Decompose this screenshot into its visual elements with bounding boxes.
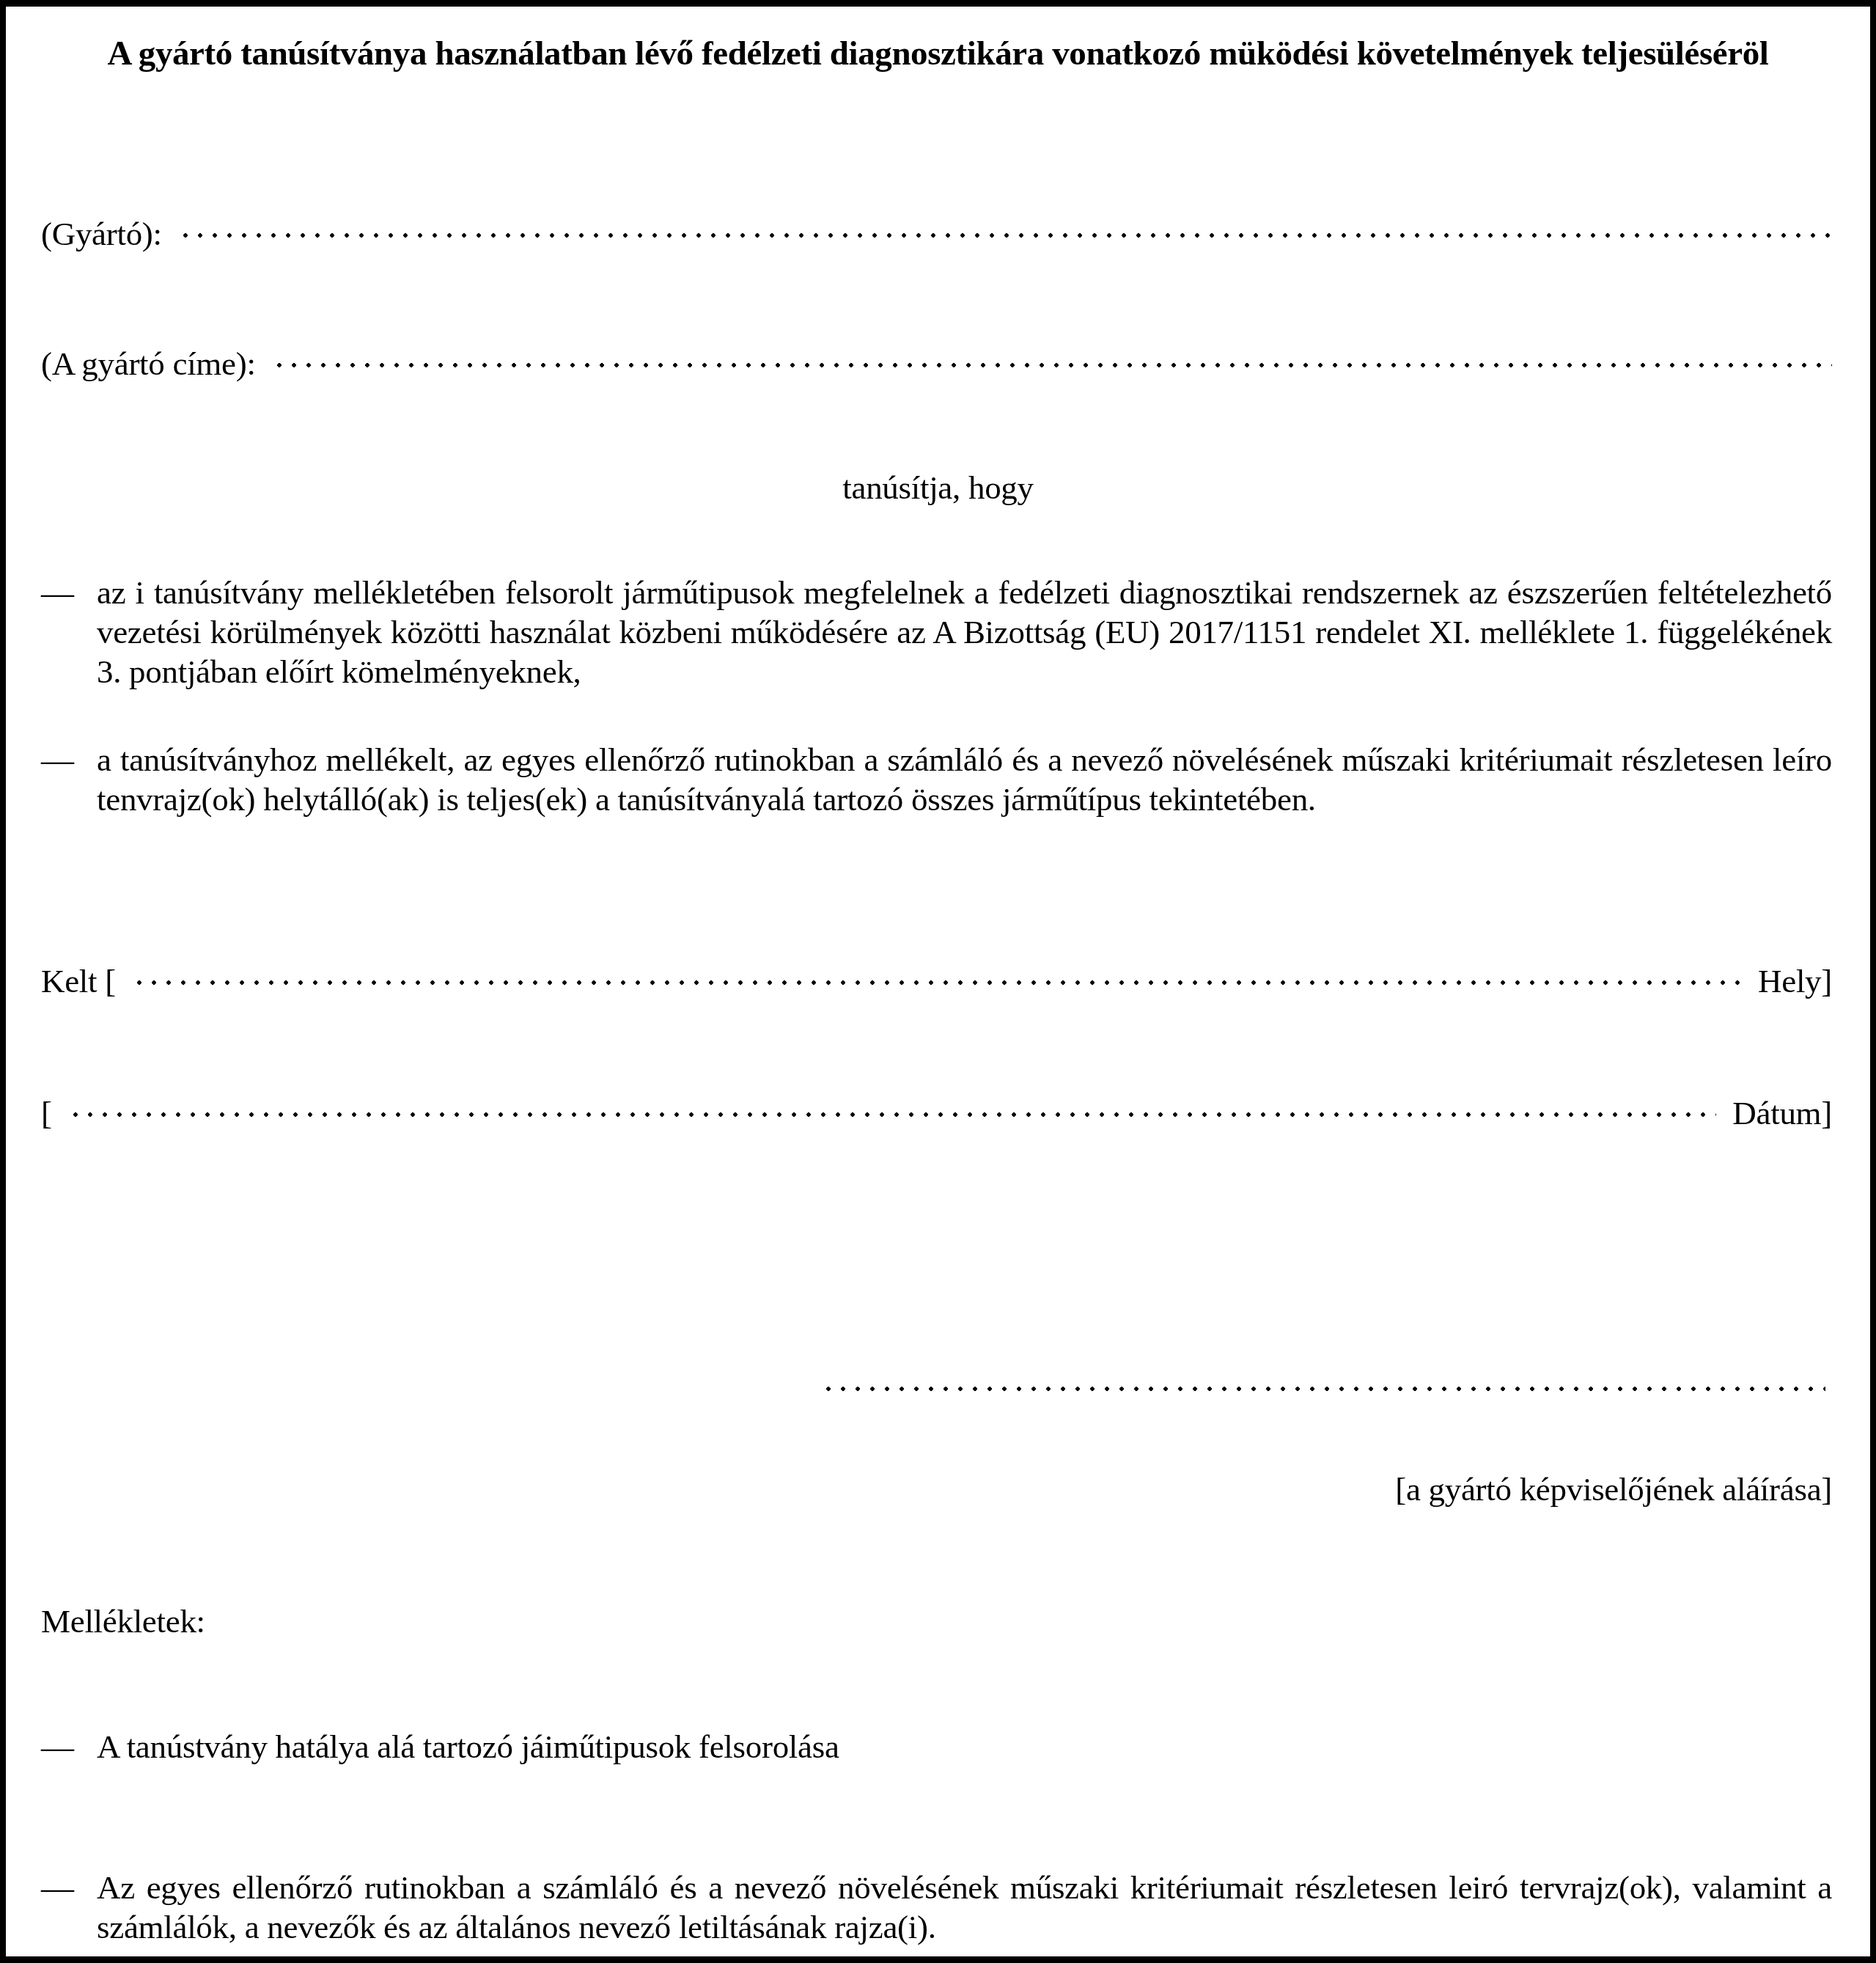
place-field-row: Kelt [ Hely] <box>41 961 1832 1001</box>
annex-text: Az egyes ellenőrző rutinokban a számláló… <box>97 1868 1832 1947</box>
certifies-line: tanúsítja, hogy <box>6 468 1870 507</box>
signature-input[interactable] <box>821 1378 1825 1400</box>
dash-bullet: — <box>41 1727 97 1766</box>
certificate-form: A gyártó tanúsítványa használatban lévő … <box>0 0 1876 1963</box>
place-suffix: Hely] <box>1758 961 1832 1001</box>
address-input[interactable] <box>272 354 1832 376</box>
address-label: (A gyártó címe): <box>41 344 256 384</box>
dash-bullet: — <box>41 573 97 691</box>
manufacturer-input[interactable] <box>178 224 1832 246</box>
statement-text: a tanúsítványhoz mellékelt, az egyes ell… <box>97 740 1832 819</box>
place-prefix: Kelt [ <box>41 961 116 1001</box>
manufacturer-field-row: (Gyártó): <box>41 214 1832 254</box>
statement-item: — az i tanúsítvány mellékletében felsoro… <box>41 573 1832 691</box>
date-input[interactable] <box>68 1104 1717 1126</box>
dash-bullet: — <box>41 740 97 819</box>
statement-text: az i tanúsítvány mellékletében felsorolt… <box>97 573 1832 691</box>
date-suffix: Dátum] <box>1732 1093 1832 1133</box>
annexes-heading: Mellékletek: <box>41 1601 205 1641</box>
annex-item: — A tanústvány hatálya alá tartozó jáimű… <box>41 1727 1832 1766</box>
place-input[interactable] <box>132 972 1742 994</box>
signature-caption: [a gyártó képviselőjének aláírása] <box>1395 1470 1832 1509</box>
manufacturer-label: (Gyártó): <box>41 214 162 254</box>
dash-bullet: — <box>41 1868 97 1947</box>
statement-item: — a tanúsítványhoz mellékelt, az egyes e… <box>41 740 1832 819</box>
date-prefix: [ <box>41 1093 52 1133</box>
annex-item: — Az egyes ellenőrző rutinokban a számlá… <box>41 1868 1832 1947</box>
annex-text: A tanústvány hatálya alá tartozó jáimű­t… <box>97 1727 1832 1766</box>
document-title: A gyártó tanúsítványa használatban lévő … <box>35 32 1841 76</box>
date-field-row: [ Dátum] <box>41 1093 1832 1133</box>
address-field-row: (A gyártó címe): <box>41 344 1832 384</box>
